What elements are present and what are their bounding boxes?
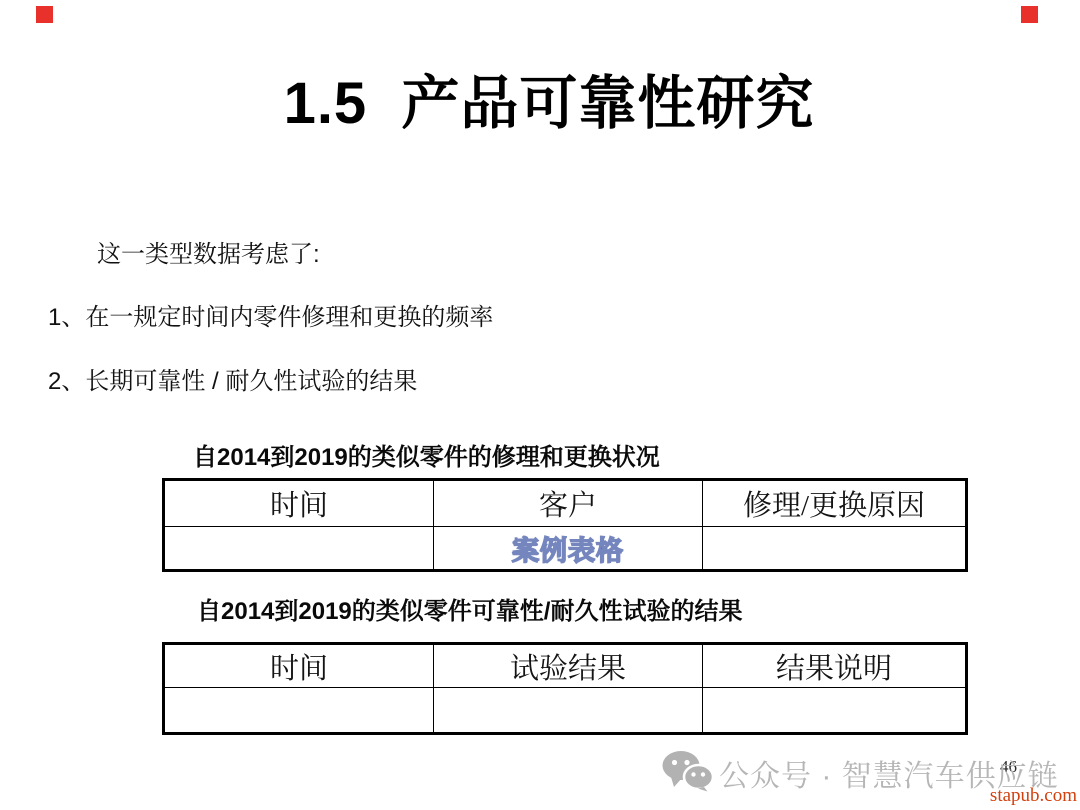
page-title: 1.5 产品可靠性研究 — [0, 56, 1080, 140]
repair-table-header-customer: 客户 — [434, 480, 703, 527]
wechat-icon — [662, 750, 714, 792]
repair-table-header-reason: 修理/更换原因 — [703, 480, 967, 527]
repair-table: 时间 客户 修理/更换原因 案例表格 — [162, 478, 968, 572]
repair-table-header-row: 时间 客户 修理/更换原因 — [164, 480, 967, 527]
repair-table-caption: 自2014到2019的类似零件的修理和更换状况 — [193, 437, 660, 472]
test-table-cell-result — [434, 688, 703, 734]
test-table-header-result: 试验结果 — [434, 644, 703, 688]
corner-accent-right — [1021, 6, 1038, 23]
test-table-header-time: 时间 — [164, 644, 434, 688]
repair-table-empty-row: 案例表格 — [164, 527, 967, 571]
repair-table-header-time: 时间 — [164, 480, 434, 527]
test-table-header-row: 时间 试验结果 结果说明 — [164, 644, 967, 688]
test-table-empty-row — [164, 688, 967, 734]
slide: 1.5 产品可靠性研究 这一类型数据考虑了: 1、在一规定时间内零件修理和更换的… — [0, 0, 1080, 810]
repair-table-cell-customer: 案例表格 — [434, 527, 703, 571]
test-table-cell-time — [164, 688, 434, 734]
intro-text: 这一类型数据考虑了: — [97, 234, 320, 269]
corner-accent-left — [36, 6, 53, 23]
test-table-cell-description — [703, 688, 967, 734]
repair-table-cell-reason — [703, 527, 967, 571]
test-table-header-description: 结果说明 — [703, 644, 967, 688]
test-table: 时间 试验结果 结果说明 — [162, 642, 968, 735]
wechat-account-label: 公众号 · 智慧汽车供应链 — [719, 751, 1059, 795]
bullet-item-2: 2、长期可靠性 / 耐久性试验的结果 — [48, 361, 417, 396]
repair-table-cell-time — [164, 527, 434, 571]
case-table-watermark: 案例表格 — [512, 536, 624, 566]
bullet-item-1: 1、在一规定时间内零件修理和更换的频率 — [48, 297, 493, 332]
test-table-caption: 自2014到2019的类似零件可靠性/耐久性试验的结果 — [197, 591, 742, 626]
